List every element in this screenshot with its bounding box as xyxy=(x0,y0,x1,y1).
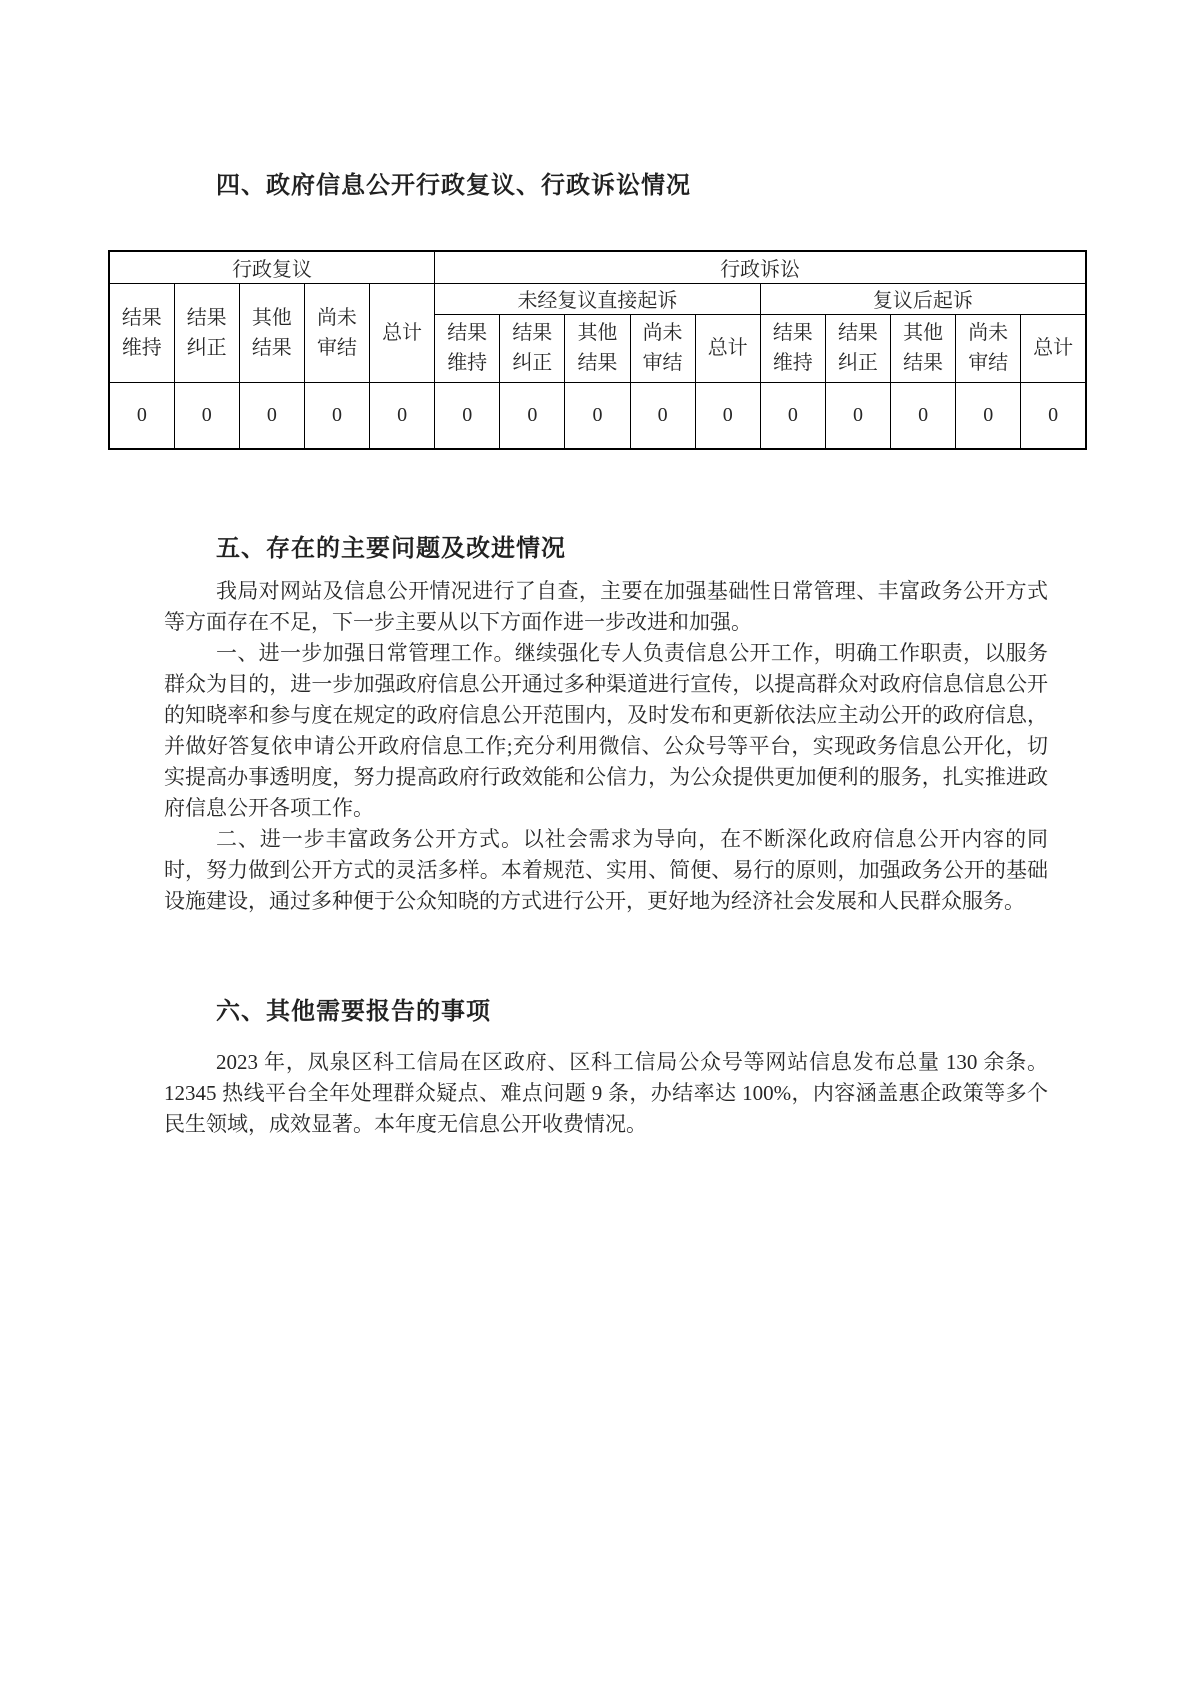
group-header-administrative-review: 行政复议 xyxy=(109,251,435,283)
paragraph: 我局对网站及信息公开情况进行了自查，主要在加强基础性日常管理、丰富政务公开方式等… xyxy=(164,576,1048,638)
admin-review-litigation-table: 行政复议 行政诉讼 结果 维持 结果 纠正 其他 结果 尚未 审结 总计 未经复… xyxy=(108,250,1087,450)
col-header-result-upheld: 结果 维持 xyxy=(109,283,174,382)
col-header-not-yet-concluded: 尚未 审结 xyxy=(956,314,1021,382)
table-value-cell: 0 xyxy=(1021,382,1086,449)
col-header-result-corrected: 结果 纠正 xyxy=(500,314,565,382)
group-header-administrative-litigation: 行政诉讼 xyxy=(435,251,1086,283)
table-value-cell: 0 xyxy=(630,382,695,449)
section4-heading: 四、政府信息公开行政复议、行政诉讼情况 xyxy=(216,173,1190,200)
table-subgroup-header-row: 结果 维持 结果 纠正 其他 结果 尚未 审结 总计 未经复议直接起诉 复议后起… xyxy=(109,283,1086,314)
col-header-result-corrected: 结果 纠正 xyxy=(825,314,890,382)
table-value-cell: 0 xyxy=(500,382,565,449)
table-value-cell: 0 xyxy=(956,382,1021,449)
table-value-cell: 0 xyxy=(239,382,304,449)
table-value-cell: 0 xyxy=(891,382,956,449)
section5-heading: 五、存在的主要问题及改进情况 xyxy=(216,536,1190,563)
table-value-cell: 0 xyxy=(370,382,435,449)
table-value-cell: 0 xyxy=(760,382,825,449)
section6-heading: 六、其他需要报告的事项 xyxy=(216,999,1190,1026)
table-value-cell: 0 xyxy=(825,382,890,449)
paragraph: 二、进一步丰富政务公开方式。以社会需求为导向，在不断深化政府信息公开内容的同时，… xyxy=(164,824,1048,917)
document-page: 四、政府信息公开行政复议、行政诉讼情况 行政复议 行政诉讼 结果 维持 结果 纠… xyxy=(0,0,1190,1683)
col-header-total: 总计 xyxy=(370,283,435,382)
table-group-header-row: 行政复议 行政诉讼 xyxy=(109,251,1086,283)
table-value-cell: 0 xyxy=(695,382,760,449)
table-value-cell: 0 xyxy=(565,382,630,449)
table-value-cell: 0 xyxy=(304,382,369,449)
table-value-cell: 0 xyxy=(435,382,500,449)
col-header-not-yet-concluded: 尚未 审结 xyxy=(630,314,695,382)
col-header-result-upheld: 结果 维持 xyxy=(760,314,825,382)
table-value-cell: 0 xyxy=(109,382,174,449)
col-header-total: 总计 xyxy=(1021,314,1086,382)
table-value-cell: 0 xyxy=(174,382,239,449)
col-header-not-yet-concluded: 尚未 审结 xyxy=(304,283,369,382)
section5-body: 我局对网站及信息公开情况进行了自查，主要在加强基础性日常管理、丰富政务公开方式等… xyxy=(164,576,1048,917)
paragraph: 2023 年，凤泉区科工信局在区政府、区科工信局公众号等网站信息发布总量 130… xyxy=(164,1047,1048,1140)
table-value-row: 0 0 0 0 0 0 0 0 0 0 0 0 0 0 0 xyxy=(109,382,1086,449)
paragraph: 一、进一步加强日常管理工作。继续强化专人负责信息公开工作，明确工作职责，以服务群… xyxy=(164,638,1048,824)
col-header-other-result: 其他 结果 xyxy=(891,314,956,382)
subgroup-header-direct-lawsuit: 未经复议直接起诉 xyxy=(435,283,761,314)
col-header-total: 总计 xyxy=(695,314,760,382)
section6-body: 2023 年，凤泉区科工信局在区政府、区科工信局公众号等网站信息发布总量 130… xyxy=(164,1047,1048,1140)
col-header-result-corrected: 结果 纠正 xyxy=(174,283,239,382)
subgroup-header-lawsuit-after-review: 复议后起诉 xyxy=(760,283,1086,314)
col-header-other-result: 其他 结果 xyxy=(239,283,304,382)
col-header-result-upheld: 结果 维持 xyxy=(435,314,500,382)
col-header-other-result: 其他 结果 xyxy=(565,314,630,382)
